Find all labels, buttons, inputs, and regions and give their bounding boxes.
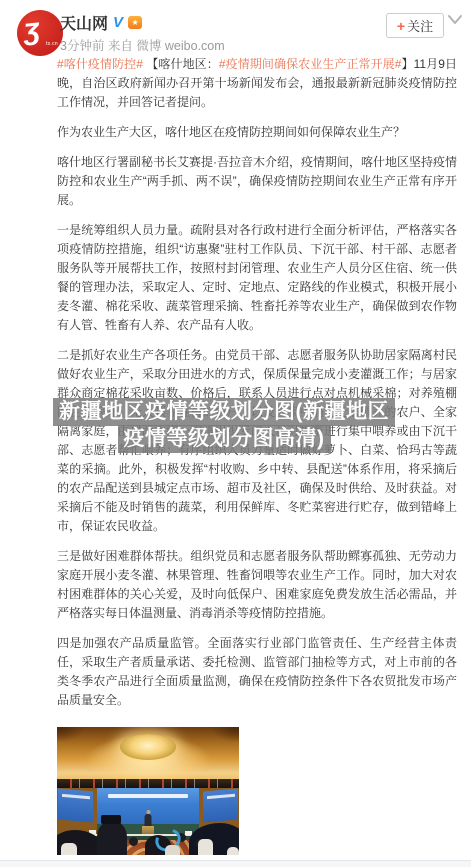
account-name[interactable]: 天山网 <box>60 11 108 34</box>
post-paragraph: #喀什疫情防控# 【喀什地区：#疫情期间确保农业生产正常开展#】11月9日晚，自… <box>57 55 457 112</box>
account-row: 天山网 V ★ <box>60 12 142 32</box>
chevron-down-icon[interactable] <box>447 14 463 26</box>
photo-camera-tripod <box>97 821 127 855</box>
text-segment: 喀什地区行署副秘书长艾赛提·吾拉音木介绍，疫情期间，喀什地区坚持疫情防控和农业生… <box>57 155 457 207</box>
weibo-post-page: { "header": { "account_name": "天山网", "ve… <box>0 0 471 867</box>
photo-chair-cover <box>227 847 239 855</box>
follow-button-label: 关注 <box>407 16 433 35</box>
conference-photo[interactable] <box>57 727 239 855</box>
text-segment: 四是加强农产品质量监管。全面落实行业部门监管责任、生产经营主体责任，采取生产者质… <box>57 636 457 707</box>
bottom-bar <box>0 860 471 867</box>
hashtag-link[interactable]: #疫情期间确保农业生产正常开展# <box>219 57 402 71</box>
photo-screen-right <box>203 788 238 822</box>
post-paragraph: 一是统筹组织人员力量。疏附县对各行政村进行全面分析评估，严格落实各项疫情防控措施… <box>57 221 457 335</box>
text-segment: 二是抓好农业生产各项任务。由党员干部、志愿者服务队协助居家隔离村民做好农业生产，… <box>57 348 457 533</box>
vip-badge-icon: ★ <box>128 16 142 29</box>
hashtag-link[interactable]: #喀什疫情防控# <box>57 57 143 71</box>
post-paragraph: 喀什地区行署副秘书长艾赛提·吾拉音木介绍，疫情期间，喀什地区坚持疫情防控和农业生… <box>57 153 457 210</box>
post-paragraph: 二是抓好农业生产各项任务。由党员干部、志愿者服务队协助居家隔离村民做好农业生产，… <box>57 346 457 536</box>
follow-button[interactable]: + 关注 <box>386 13 444 38</box>
text-segment: 三是做好困难群体帮扶。组织党员和志愿者服务队帮助鳏寡孤独、无劳动力家庭开展小麦冬… <box>57 549 457 620</box>
text-segment: 【喀什地区： <box>143 57 219 71</box>
text-segment: 作为农业生产大区，喀什地区在疫情防控期间如何保障农业生产？ <box>57 125 405 139</box>
avatar-subtext: ts.cn <box>46 41 58 47</box>
text-segment: 一是统筹组织人员力量。疏附县对各行政村进行全面分析评估，严格落实各项疫情防控措施… <box>57 223 457 332</box>
post-paragraph: 四是加强农产品质量监管。全面落实行业部门监管责任、生产经营主体责任，采取生产者质… <box>57 634 457 710</box>
photo-stage-valance <box>57 779 239 788</box>
tianshan-logo-icon: ʒ <box>22 11 41 48</box>
avatar[interactable]: ʒ ts.cn <box>17 10 63 56</box>
photo-chair-cover <box>165 845 180 855</box>
post-text: #喀什疫情防控# 【喀什地区：#疫情期间确保农业生产正常开展#】11月9日晚，自… <box>57 55 457 721</box>
photo-screen-left <box>58 788 93 822</box>
photo-chair-cover <box>198 839 213 855</box>
post-header: ʒ ts.cn 天山网 V ★ 3分钟前 来自 微博 weibo.com + 关… <box>0 0 471 57</box>
verified-v-icon: V <box>113 15 123 30</box>
plus-icon: + <box>397 19 405 33</box>
post-paragraph: 作为农业生产大区，喀什地区在疫情防控期间如何保障农业生产？ <box>57 123 457 142</box>
photo-chandelier <box>120 734 176 760</box>
photo-chair-cover <box>61 843 77 855</box>
photo-head-silhouette <box>129 837 138 846</box>
post-paragraph: 三是做好困难群体帮扶。组织党员和志愿者服务队帮助鳏寡孤独、无劳动力家庭开展小麦冬… <box>57 547 457 623</box>
timestamp-source: 3分钟前 来自 微博 weibo.com <box>60 36 225 54</box>
